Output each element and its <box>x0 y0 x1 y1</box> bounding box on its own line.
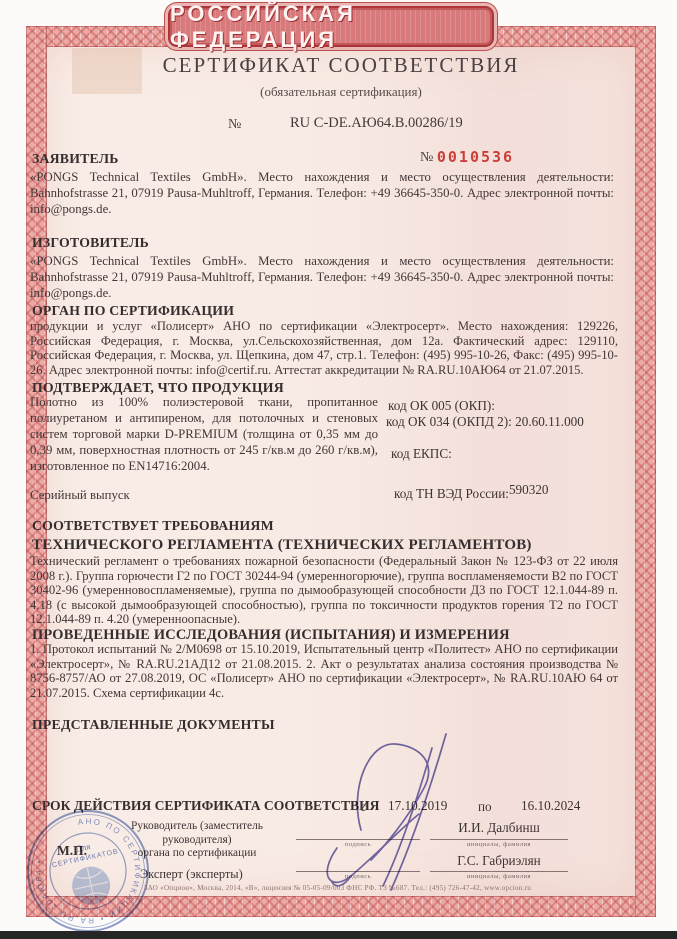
code-okp-label: код ОК 005 (ОКП): <box>388 398 495 413</box>
blank-serial-number: № 0010536 <box>420 148 514 166</box>
code-okpd2-line: код ОК 034 (ОКПД 2): 20.60.11.000 <box>386 414 584 430</box>
certificate-title: СЕРТИФИКАТ СООТВЕТСТВИЯ <box>47 53 635 78</box>
code-tnved-line: код ТН ВЭД России:590320 <box>394 482 549 502</box>
code-okpd2-label: код ОК 034 (ОКПД 2): <box>386 414 512 429</box>
applicant-text: «PONGS Technical Textiles GmbH». Место н… <box>30 169 614 217</box>
border-band-right <box>635 26 656 917</box>
blank-serial-sign: № <box>420 150 433 165</box>
blank-serial-digits: 0010536 <box>437 148 514 166</box>
requirements-heading-2: ТЕХНИЧЕСКОГО РЕГЛАМЕНТА (ТЕХНИЧЕСКИХ РЕГ… <box>32 537 532 554</box>
scan-edge-strip <box>0 931 677 939</box>
requirements-text: Технический регламент о требованиях пожа… <box>30 554 618 627</box>
requirements-heading-1: СООТВЕТСТВУЕТ ТРЕБОВАНИЯМ <box>32 518 274 534</box>
code-okpd2-value: 20.60.11.000 <box>515 414 584 429</box>
certification-stamp: АНО ПО СЕРТИФИКАЦИИ • RA.RU.10АЮ64 • Для… <box>13 796 162 939</box>
manufacturer-text: «PONGS Technical Textiles GmbH». Место н… <box>30 253 614 301</box>
issue-type: Серийный выпуск <box>30 487 378 503</box>
handwritten-signature <box>295 726 475 898</box>
code-okp-line: код ОК 005 (ОКП): <box>388 398 495 414</box>
code-tnved-label: код ТН ВЭД России: <box>394 486 509 501</box>
printer-imprint: ЗАО «Опцион», Москва, 2014, «В», лицензи… <box>120 884 555 892</box>
code-ekps-line: код ЕКПС: <box>391 446 452 462</box>
certificate-page: РОССИЙСКАЯ ФЕДЕРАЦИЯ СЕРТИФИКАТ СООТВЕТС… <box>0 0 677 939</box>
country-banner-label: РОССИЙСКАЯ ФЕДЕРАЦИЯ <box>170 1 492 53</box>
cert-body-heading: ОРГАН ПО СЕРТИФИКАЦИИ <box>32 303 234 319</box>
code-tnved-value: 590320 <box>509 482 549 497</box>
validity-to-date: 16.10.2024 <box>521 798 580 814</box>
certificate-subtitle: (обязательная сертификация) <box>47 84 635 100</box>
tests-text: 1. Протокол испытаний № 2/М0698 от 15.10… <box>30 642 618 700</box>
product-description: Полотно из 100% полиэстеровой ткани, про… <box>30 394 378 474</box>
documents-heading: ПРЕДСТАВЛЕННЫЕ ДОКУМЕНТЫ <box>32 717 275 733</box>
cert-body-text: продукции и услуг «Полисерт» АНО по серт… <box>30 319 618 377</box>
stamp-center-line1: Для <box>75 841 92 854</box>
code-ekps-label: код ЕКПС: <box>391 446 452 461</box>
certificate-number-sign: № <box>228 117 241 133</box>
applicant-heading: ЗАЯВИТЕЛЬ <box>32 151 119 167</box>
expert-role: Эксперт (эксперты) <box>140 868 260 882</box>
country-banner: РОССИЙСКАЯ ФЕДЕРАЦИЯ <box>168 6 494 47</box>
certificate-number-value: RU C-DE.АЮ64.В.00286/19 <box>290 115 463 132</box>
manufacturer-heading: ИЗГОТОВИТЕЛЬ <box>32 235 149 251</box>
validity-to-label: по <box>478 799 492 815</box>
